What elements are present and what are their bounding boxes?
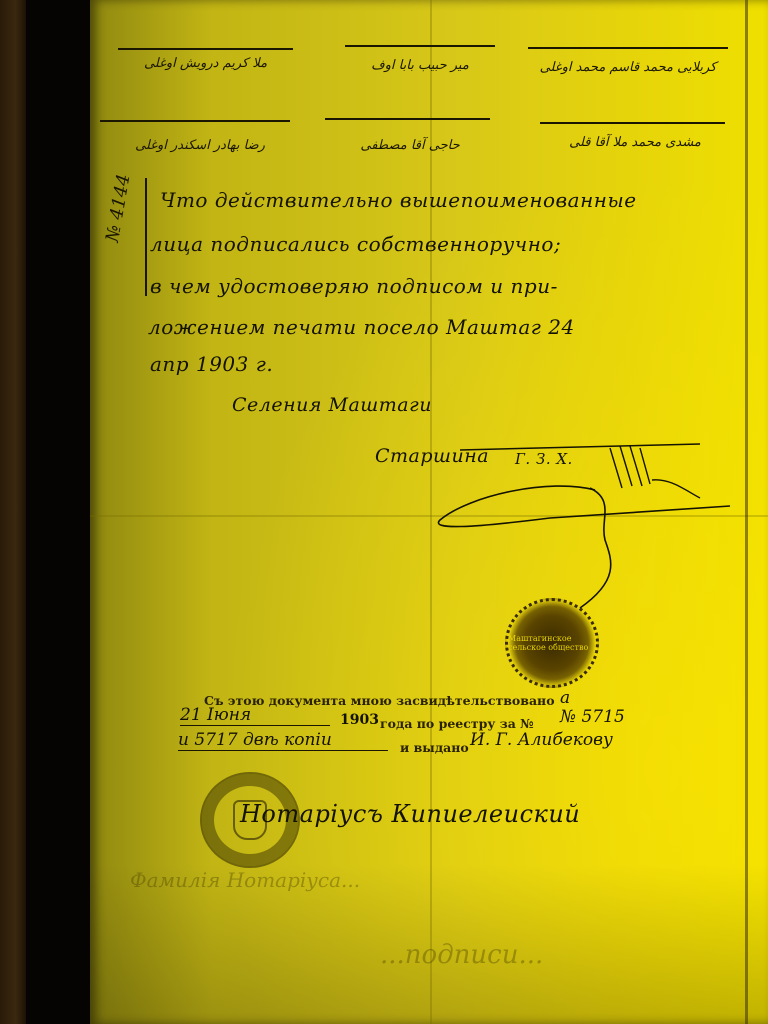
signature-line xyxy=(325,118,490,120)
notary-printed-line-3: и выдано xyxy=(400,740,469,755)
signature-line xyxy=(540,122,725,124)
bleedthrough-text-1: Фамилія Нотаріуса... xyxy=(130,868,360,892)
signature-top-4: ﺭﺿﺎ ﺑﻬﺎﺩﺭ ﺍﺳﻜﻨﺪﺭ ﺍﻭﻏﻠﻰ xyxy=(110,138,290,153)
page-shadow xyxy=(26,0,94,1024)
signature-line xyxy=(100,120,290,122)
elder-seal-stamp: Маштагинское сельское общество xyxy=(505,598,599,688)
notary-registry-number: № 5715 xyxy=(560,707,625,727)
notary-fill-1: а xyxy=(560,688,570,708)
signature-top-5: ﺣﺎﺟﻰ ﺁﻗﺎ ﻣﺼﻄﻔﻰ xyxy=(330,138,490,153)
horizontal-fold-crease xyxy=(90,515,768,517)
bleedthrough-text-2: ...подписи... xyxy=(380,940,543,970)
page-edge xyxy=(745,0,748,1024)
elder-title: Старшина xyxy=(375,445,489,467)
body-line-4: ложением печати посело Маштаг 24 xyxy=(148,315,575,339)
notary-date-field: 21 Іюня xyxy=(180,705,330,726)
notary-copies-field: и 5717 двѣ копіи xyxy=(178,730,388,751)
vertical-fold-crease xyxy=(430,0,432,1024)
background-surface xyxy=(0,0,26,1024)
body-line-3: в чем удостоверяю подписом и при- xyxy=(150,274,558,298)
body-line-5: апр 1903 г. xyxy=(150,352,273,376)
signature-line xyxy=(528,47,728,49)
signature-top-2: ﻣﻴﺮ ﺣﺒﻴﺐ ﺑﺎﺑﺎ ﺍﻭﻑ xyxy=(335,58,505,73)
signature-top-3: ﻛﺮﺑﻼﻳﻰ ﻣﺤﻤﺪ ﻗﺎﺳﻢ ﻣﺤﻤﺪ ﺍﻭﻏﻠﻰ xyxy=(528,60,728,75)
notary-signature: Нотаріусъ Кипиелеиский xyxy=(240,800,580,828)
elder-initials: Г. З. Х. xyxy=(515,450,573,468)
body-line-1: Что действительно вышепоименованные xyxy=(160,188,637,212)
margin-bracket xyxy=(145,178,147,296)
signature-top-1: ﻣﻼ ﻛﺮﯾﻢ ﺩﺭﻭﻳﺶ ﺍﻭﻏﻠﻰ xyxy=(118,56,293,71)
signature-line xyxy=(345,45,495,47)
signature-top-6: ﻣﺸﺪﻯ ﻣﺤﻤﺪ ﻣﻼ ﺁﻗﺎ ﻗﻠﯽ xyxy=(540,135,730,150)
village-name: Селения Маштаги xyxy=(232,394,432,416)
body-line-2: лица подписались собственноручно; xyxy=(150,232,561,256)
notary-recipient-name: И. Г. Алибекову xyxy=(470,730,613,750)
signature-line xyxy=(118,48,293,50)
notary-year: 1903 xyxy=(340,712,379,728)
notary-printed-line-2: года по реестру за № xyxy=(380,716,534,731)
